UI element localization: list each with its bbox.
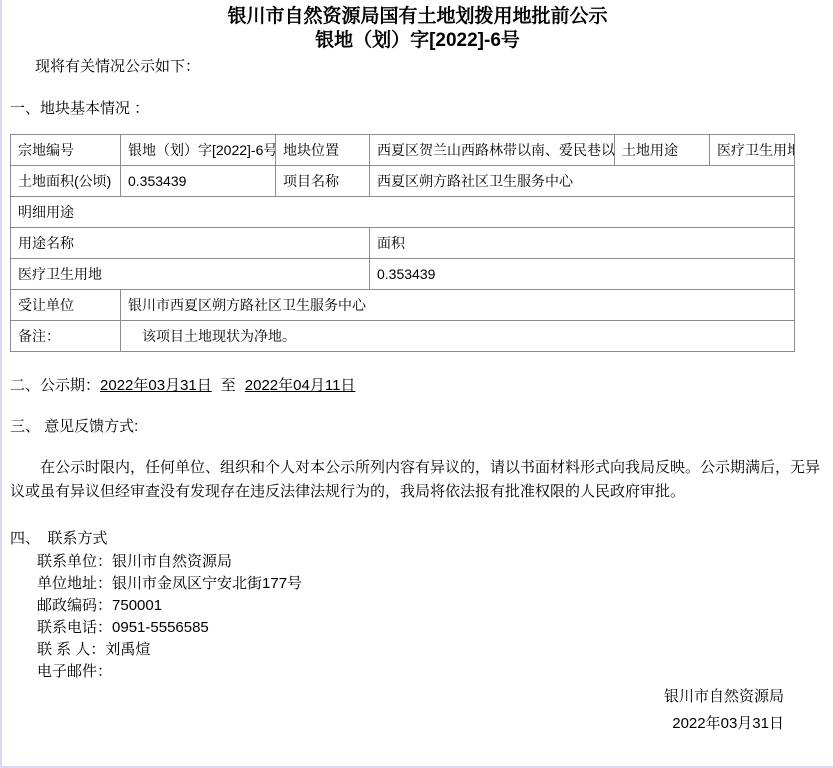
transferee-label: 受让单位 — [11, 290, 121, 321]
contact-person-value: 刘禹煊 — [105, 641, 150, 658]
contact-unit-label: 联系单位： — [37, 553, 112, 570]
publicity-end-date: 2022年04月11日 — [245, 377, 356, 394]
parcel-no-label: 宗地编号 — [11, 135, 121, 166]
contact-phone-label: 联系电话： — [37, 619, 112, 636]
contact-person-label: 联 系 人： — [37, 641, 105, 658]
contact-unit-value: 银川市自然资源局 — [112, 553, 232, 570]
contact-address-label: 单位地址： — [37, 575, 112, 592]
signature-block: 银川市自然资源局 2022年03月31日 — [10, 683, 825, 737]
publicity-period-label: 二、公示期： — [10, 377, 100, 394]
section-2-heading: 二、公示期：2022年03月31日至2022年04月11日 — [10, 376, 825, 396]
contact-email-label: 电子邮件： — [37, 663, 112, 680]
transferee-value: 银川市西夏区朔方路社区卫生服务中心 — [121, 290, 795, 321]
parcel-no-value: 银地（划）字[2022]-6号 — [121, 135, 276, 166]
area-label: 土地面积(公顷) — [11, 166, 121, 197]
signature-org: 银川市自然资源局 — [10, 683, 784, 710]
contact-phone-line: 联系电话：0951-5556585 — [37, 617, 825, 639]
land-use-label: 土地用途 — [615, 135, 710, 166]
section-4-heading: 四、 联系方式 — [10, 529, 825, 549]
table-row: 明细用途 — [11, 197, 795, 228]
area-value: 0.353439 — [121, 166, 276, 197]
page-title: 银川市自然资源局国有土地划拨用地批前公示 — [10, 5, 825, 29]
detail-use-label: 明细用途 — [11, 197, 795, 228]
contact-unit-line: 联系单位：银川市自然资源局 — [37, 551, 825, 573]
date-separator: 至 — [221, 377, 236, 394]
contact-postcode-label: 邮政编码： — [37, 597, 112, 614]
publicity-start-date: 2022年03月31日 — [100, 377, 212, 394]
remark-label: 备注： — [11, 321, 121, 352]
table-row: 受让单位 银川市西夏区朔方路社区卫生服务中心 — [11, 290, 795, 321]
public-notice-document: 银川市自然资源局国有土地划拨用地批前公示 银地（划）字[2022]-6号 现将有… — [2, 5, 833, 737]
contact-list: 联系单位：银川市自然资源局 单位地址：银川市金凤区宁安北街177号 邮政编码：7… — [37, 551, 825, 683]
land-use-value: 医疗卫生用地 — [710, 135, 795, 166]
remark-value: 该项目土地现状为净地。 — [121, 321, 795, 352]
project-label: 项目名称 — [276, 166, 370, 197]
contact-postcode-line: 邮政编码：750001 — [37, 595, 825, 617]
contact-email-line: 电子邮件： — [37, 661, 825, 683]
intro-text: 现将有关情况公示如下： — [35, 57, 825, 77]
table-row: 土地面积(公顷) 0.353439 项目名称 西夏区朔方路社区卫生服务中心 — [11, 166, 795, 197]
section-3-heading: 三、 意见反馈方式: — [10, 417, 825, 437]
use-area-value: 0.353439 — [370, 259, 795, 290]
document-number: 银地（划）字[2022]-6号 — [10, 29, 825, 53]
table-row: 备注： 该项目土地现状为净地。 — [11, 321, 795, 352]
use-name-value: 医疗卫生用地 — [11, 259, 370, 290]
table-row: 用途名称 面积 — [11, 228, 795, 259]
section-1-heading: 一、地块基本情况 ： — [10, 99, 825, 119]
table-row: 医疗卫生用地 0.353439 — [11, 259, 795, 290]
contact-address-value: 银川市金凤区宁安北街177号 — [112, 575, 302, 592]
table-row: 宗地编号 银地（划）字[2022]-6号 地块位置 西夏区贺兰山西路林带以南、爱… — [11, 135, 795, 166]
contact-phone-value: 0951-5556585 — [112, 619, 209, 636]
parcel-info-table: 宗地编号 银地（划）字[2022]-6号 地块位置 西夏区贺兰山西路林带以南、爱… — [10, 134, 795, 352]
contact-postcode-value: 750001 — [112, 597, 162, 614]
location-label: 地块位置 — [276, 135, 370, 166]
signature-date: 2022年03月31日 — [10, 710, 784, 737]
location-value: 西夏区贺兰山西路林带以南、爱民巷以西 — [370, 135, 615, 166]
project-value: 西夏区朔方路社区卫生服务中心 — [370, 166, 795, 197]
use-area-header: 面积 — [370, 228, 795, 259]
feedback-paragraph: 在公示时限内，任何单位、组织和个人对本公示所列内容有异议的，请以书面材料形式向我… — [10, 456, 825, 504]
contact-person-line: 联 系 人：刘禹煊 — [37, 639, 825, 661]
use-name-header: 用途名称 — [11, 228, 370, 259]
contact-address-line: 单位地址：银川市金凤区宁安北街177号 — [37, 573, 825, 595]
